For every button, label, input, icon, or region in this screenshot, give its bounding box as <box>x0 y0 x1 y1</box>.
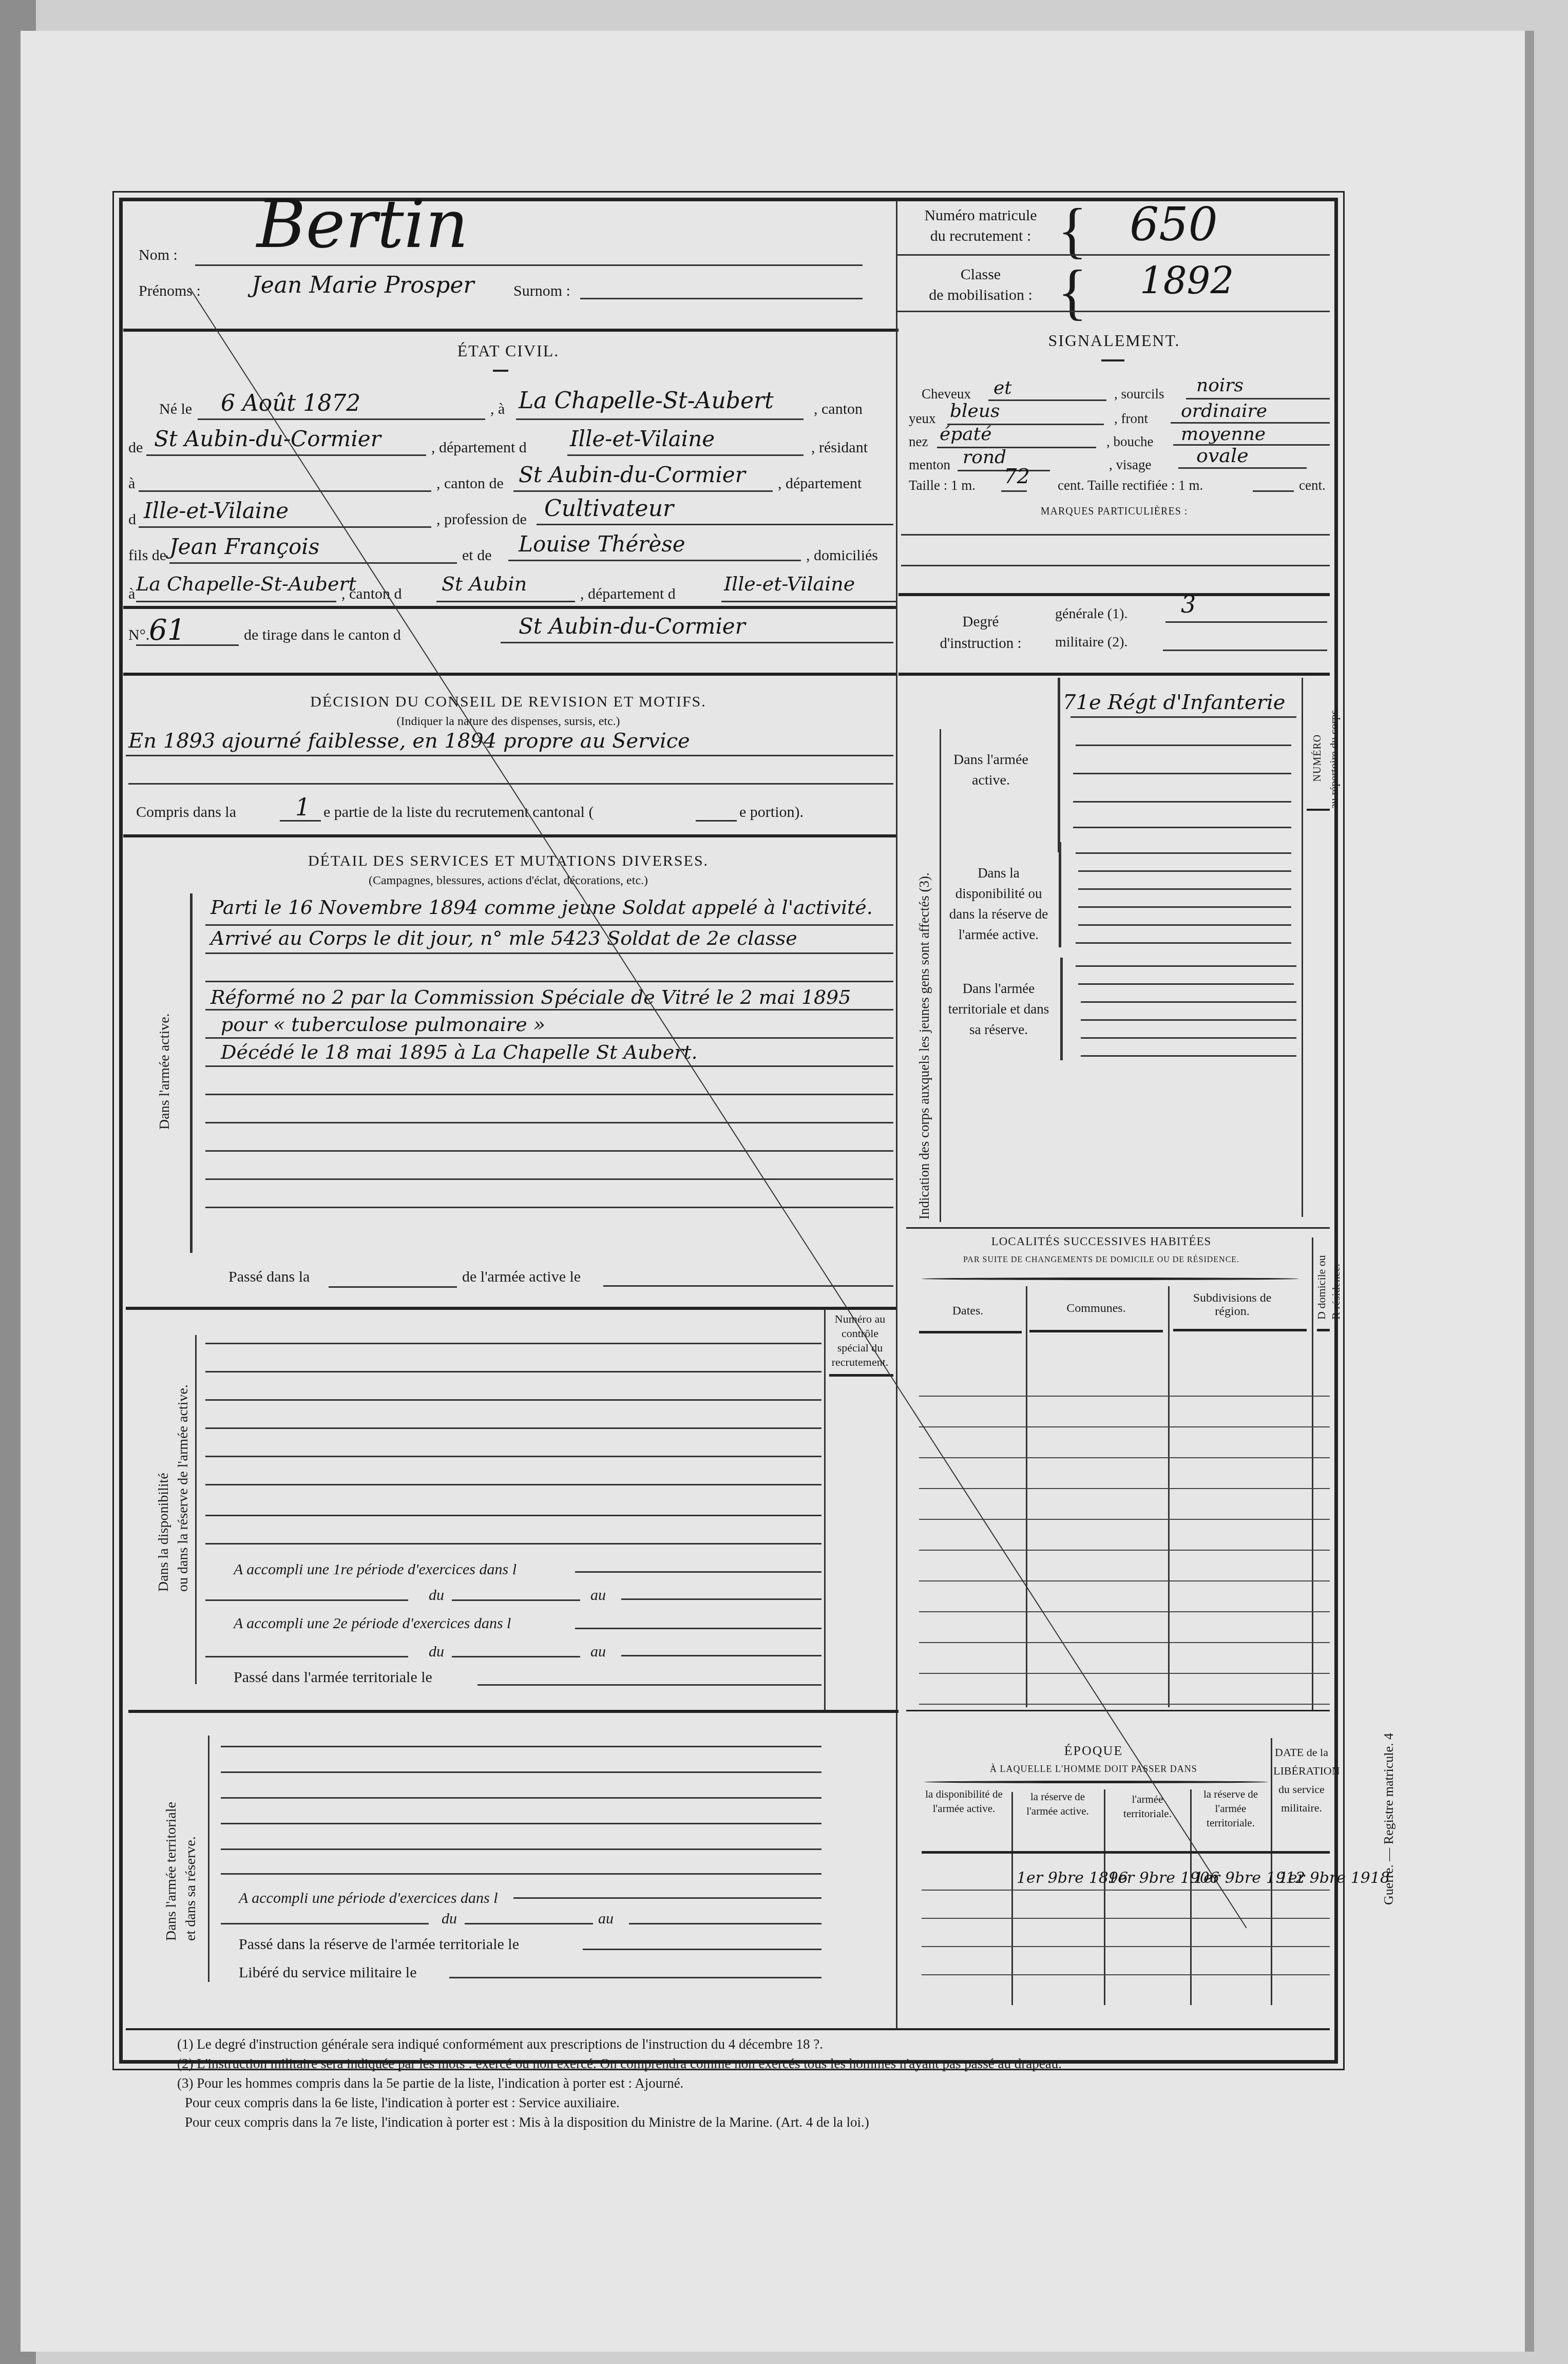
dispo-rule <box>205 1515 821 1516</box>
domicile-a-label: à <box>128 585 135 603</box>
nez-line <box>937 447 1096 448</box>
canton-de-line <box>513 490 773 492</box>
compris-label-3: e portion). <box>739 804 804 821</box>
instruction-label-2: d'instruction : <box>914 633 1047 654</box>
libere-label: Libéré du service militaire le <box>239 1964 417 1981</box>
epoque-brace <box>924 1781 1268 1783</box>
periode2-line <box>575 1628 821 1629</box>
domicilies-label: , domiciliés <box>806 547 878 564</box>
epoque-col-territoriale-label: l'armée territoriale. <box>1106 1792 1189 1821</box>
domicile-a-line <box>136 601 336 602</box>
instruction-generale-line <box>1165 621 1327 623</box>
canton-de-label: , canton de <box>436 475 504 492</box>
dispo-rule <box>205 1456 821 1457</box>
service-rule <box>205 1037 893 1039</box>
profession-line <box>537 524 893 525</box>
corps-rule <box>906 1227 1330 1229</box>
portion-line <box>696 820 737 822</box>
dispo-rule <box>205 1399 821 1401</box>
terr-rule <box>221 1746 821 1747</box>
tirage-canton-line <box>501 642 893 643</box>
departement-value: Ille-et-Vilaine <box>570 426 715 451</box>
service-rule <box>205 1009 893 1011</box>
periode1-du-line <box>452 1599 580 1601</box>
service-line: Arrivé au Corps le dit jour, n° mle 5423… <box>211 927 797 949</box>
fils-de-label: fils de <box>128 547 166 564</box>
bouche-value: moyenne <box>1181 424 1266 445</box>
localites-subtitle: PAR SUITE DE CHANGEMENTS DE DOMICILE OU … <box>909 1255 1294 1265</box>
numero-controle-label: Numéro au contrôle spécial du recrutemen… <box>827 1312 893 1369</box>
header-rule <box>123 329 898 332</box>
etat-civil-title: ÉTAT CIVIL. <box>123 341 893 360</box>
canton-de-value: St Aubin-du-Cormier <box>519 462 745 487</box>
compris-value: 1 <box>295 793 310 821</box>
ne-le-value: 6 Août 1872 <box>221 390 360 416</box>
de-label: de <box>128 439 143 456</box>
residant-a-line <box>139 490 431 492</box>
dispo-section-rule <box>128 1710 898 1713</box>
corps-territoriale-label: Dans l'armée territoriale et dans sa rés… <box>947 978 1050 1040</box>
matricule-rule <box>897 254 1330 256</box>
departement-label: , département d <box>431 439 527 456</box>
service-rule <box>205 1065 893 1067</box>
classe-label-1: Classe <box>906 264 1055 285</box>
signalement-dash <box>1101 359 1124 361</box>
prenoms-value: Jean Marie Prosper <box>252 272 474 298</box>
nez-label: nez <box>909 434 928 450</box>
localites-title: LOCALITÉS SUCCESSIVES HABITÉES <box>909 1235 1294 1248</box>
visage-label: , visage <box>1109 457 1151 473</box>
passe-active-label-2: de l'armée active le <box>462 1268 581 1286</box>
departement2-d-label: d <box>128 511 136 528</box>
decision-line-2 <box>128 783 893 785</box>
liberation-value: 1er 9bre 1918 <box>1278 1869 1390 1887</box>
residant-label: , résidant <box>811 439 868 456</box>
services-rule <box>126 1307 896 1310</box>
signalement-title: SIGNALEMENT. <box>898 331 1330 350</box>
domicile-dept-label: , département d <box>580 585 676 603</box>
passe-active-line-2 <box>603 1285 893 1287</box>
terr-periode-line <box>513 1897 821 1899</box>
disponibilite-side-label-2: ou dans la réserve de l'armée active. <box>174 1384 193 1592</box>
services-title: DÉTAIL DES SERVICES ET MUTATIONS DIVERSE… <box>123 852 893 870</box>
decision-rule <box>123 834 896 837</box>
periode1-line <box>575 1571 821 1573</box>
classe-label: Classe de mobilisation : <box>906 264 1055 306</box>
notes-rule <box>126 2028 1330 2030</box>
taille-line <box>1001 490 1027 492</box>
tirage-rule <box>123 673 896 676</box>
profession-label: , profession de <box>436 511 527 528</box>
corps-active-line <box>1076 745 1291 746</box>
terr-du-pre <box>221 1923 429 1924</box>
corps-active-line <box>1073 801 1291 803</box>
epoque-title: ÉPOQUE <box>919 1743 1268 1759</box>
corps-dispo-label: Dans la disponibilité ou dans la réserve… <box>945 863 1053 945</box>
footnote-2: (2) L'instruction militaire sera indiqué… <box>177 2054 1327 2073</box>
services-brace <box>190 893 193 1253</box>
canton-label: , canton <box>814 401 863 418</box>
service-rule <box>205 952 893 954</box>
dr-label-1: D domicile ou <box>1314 1255 1329 1320</box>
periode1-label: A accompli une 1re période d'exercices d… <box>234 1561 517 1578</box>
periode2-du-pre <box>205 1656 408 1657</box>
passe-reserve-line <box>583 1949 821 1950</box>
cheveux-label: Cheveux <box>922 386 971 402</box>
title-dash <box>493 370 508 372</box>
domicile-a-value: La Chapelle-St-Aubert <box>136 573 356 595</box>
corps-active-brace <box>1058 678 1060 852</box>
localites-rows <box>919 1366 1330 1705</box>
periode1-du: du <box>429 1587 444 1604</box>
yeux-value: bleus <box>950 401 1000 422</box>
corps-terr-line <box>1081 1019 1296 1021</box>
instruction-militaire-line <box>1163 650 1327 651</box>
localites-header-rule <box>1173 1329 1307 1331</box>
matricule-label-2: du recrutement : <box>906 226 1055 246</box>
departement-line <box>567 454 804 456</box>
passe-territoriale-line <box>477 1684 821 1686</box>
matricule-value: 650 <box>1130 198 1218 252</box>
territoriale-brace <box>208 1736 209 1982</box>
instruction-label-1: Degré <box>914 611 1047 633</box>
territoriale-side-label: Dans l'armée territoriale et dans sa rés… <box>162 1802 201 1941</box>
tirage-no-value: 61 <box>149 614 185 647</box>
terr-rule <box>221 1771 821 1773</box>
localites-header-rule <box>1317 1329 1330 1331</box>
terr-rule <box>221 1848 821 1850</box>
controle-rule <box>829 1374 893 1377</box>
marques-line-2 <box>901 565 1330 566</box>
passe-territoriale-label: Passé dans l'armée territoriale le <box>234 1669 432 1686</box>
localites-col-communes: Communes. <box>1027 1302 1165 1316</box>
terr-rule <box>221 1873 821 1875</box>
de-value: St Aubin-du-Cormier <box>154 426 381 451</box>
center-divider <box>896 200 897 2028</box>
tirage-canton-value: St Aubin-du-Cormier <box>519 614 745 639</box>
bouche-label: , bouche <box>1106 434 1153 450</box>
periode1-du-pre <box>205 1599 408 1601</box>
taille-rect-line <box>1253 490 1294 492</box>
decision-subtitle: (Indiquer la nature des dispenses, sursi… <box>123 715 893 729</box>
periode2-du-line <box>452 1656 580 1657</box>
taille-value: 72 <box>1004 465 1030 488</box>
numero-repertoire-label: NUMÉRO au répertoire du corps. <box>1309 707 1342 809</box>
passe-active-label-1: Passé dans la <box>228 1268 310 1286</box>
cheveux-line <box>988 399 1106 401</box>
corps-terr-line <box>1081 1055 1296 1057</box>
territoriale-side-label-1: Dans l'armée territoriale <box>162 1802 181 1941</box>
terr-du: du <box>442 1910 457 1928</box>
ne-le-line <box>198 418 485 420</box>
epoque-header-rule <box>922 1851 1330 1854</box>
sourcils-value: noirs <box>1196 375 1244 396</box>
corps-side-label: Indication des corps auxquels les jeunes… <box>916 872 932 1219</box>
localites-rule <box>906 1710 1330 1711</box>
terr-du-line <box>465 1923 593 1924</box>
service-rule <box>205 1094 893 1095</box>
nom-line <box>195 264 863 266</box>
departement2-label: , département <box>778 475 862 492</box>
service-line: Parti le 16 Novembre 1894 comme jeune So… <box>211 896 873 919</box>
de-line <box>146 454 426 456</box>
etat-civil-rule <box>123 606 896 609</box>
corps-terr-line <box>1078 983 1294 985</box>
numero-repertoire-1: NUMÉRO <box>1309 707 1326 809</box>
corps-dispo-line <box>1076 852 1291 854</box>
repertoire-rule <box>1307 809 1330 811</box>
corps-terr-line <box>1081 1037 1296 1039</box>
dispo-rule <box>205 1371 821 1372</box>
corps-terr-line <box>1081 1001 1296 1003</box>
sourcils-line <box>1186 398 1330 399</box>
corps-active-value: 71e Régt d'Infanterie <box>1063 691 1285 714</box>
terr-au: au <box>598 1910 614 1928</box>
controle-divider <box>824 1309 826 1710</box>
localites-col-subdivisions: Subdivisions de région. <box>1176 1291 1289 1318</box>
compris-label-1: Compris dans la <box>136 804 236 821</box>
tirage-label: de tirage dans le canton d <box>244 626 401 644</box>
classe-label-2: de mobilisation : <box>906 285 1055 306</box>
instruction-rule <box>898 673 1330 676</box>
tirage-no-line <box>136 644 239 646</box>
menton-value: rond <box>963 447 1006 468</box>
service-rule <box>205 1122 893 1123</box>
compris-label-2: e partie de la liste du recrutement cant… <box>323 804 594 821</box>
localites-dr-label: D domicile ou R résidence. <box>1314 1255 1343 1320</box>
services-subtitle: (Campagnes, blessures, actions d'éclat, … <box>123 874 893 888</box>
dispo-rule <box>205 1484 821 1485</box>
dr-label-2: R résidence. <box>1329 1255 1343 1320</box>
service-line: Réformé no 2 par la Commission Spéciale … <box>211 986 851 1008</box>
terr-au-line <box>629 1923 821 1924</box>
disponibilite-side-label: Dans la disponibilité ou dans la réserve… <box>154 1384 193 1592</box>
service-line: Décédé le 18 mai 1895 à La Chapelle St A… <box>221 1041 698 1063</box>
dispo-rule <box>205 1343 821 1344</box>
localites-col-dates: Dates. <box>914 1304 1022 1318</box>
footnote-3b: Pour ceux compris dans la 6e liste, l'in… <box>177 2093 1327 2112</box>
front-label: , front <box>1114 411 1148 427</box>
service-rule <box>205 1178 893 1180</box>
corps-active-label: Dans l'armée active. <box>940 750 1042 791</box>
instruction-generale-value: 3 <box>1181 590 1196 618</box>
classe-brace: { <box>1058 257 1087 328</box>
cent-label: cent. <box>1299 478 1326 493</box>
periode1-au-line <box>621 1598 821 1600</box>
disponibilite-side-label-1: Dans la disponibilité <box>154 1384 174 1592</box>
corps-active-line <box>1070 716 1296 718</box>
departement2-value: Ille-et-Vilaine <box>144 498 289 523</box>
nom-value: Bertin <box>257 185 468 263</box>
periode2-label: A accompli une 2e période d'exercices da… <box>234 1615 511 1632</box>
epoque-subtitle: À LAQUELLE L'HOMME DOIT PASSER DANS <box>919 1764 1268 1775</box>
cheveux-value: et <box>993 377 1012 398</box>
service-rule <box>205 1207 893 1208</box>
localites-brace <box>922 1278 1299 1280</box>
matricule-label-1: Numéro matricule <box>906 205 1055 226</box>
footnotes: (1) Le degré d'instruction générale sera… <box>177 2034 1327 2132</box>
libere-line <box>449 1977 821 1978</box>
terr-periode-label: A accompli une période d'exercices dans … <box>239 1890 498 1907</box>
localites-header-rule <box>1029 1330 1163 1332</box>
domicile-dept-value: Ille-et-Vilaine <box>724 573 855 595</box>
corps-terr-line <box>1076 965 1296 967</box>
surnom-label: Surnom : <box>513 282 570 300</box>
terr-rule <box>221 1797 821 1799</box>
classe-value: 1892 <box>1140 259 1234 302</box>
sourcils-label: , sourcils <box>1114 386 1164 402</box>
marques-line-1 <box>901 534 1330 536</box>
periode1-au: au <box>590 1587 606 1604</box>
ne-a-value: La Chapelle-St-Aubert <box>519 388 774 414</box>
service-rule <box>205 1150 893 1152</box>
signalement-rule <box>898 593 1330 596</box>
epoque-rows <box>922 1890 1330 2003</box>
numero-repertoire-2: au répertoire du corps. <box>1326 707 1342 809</box>
classe-rule <box>897 311 1330 312</box>
surnom-line <box>580 298 863 299</box>
corps-dispo-brace <box>1059 842 1061 947</box>
dispo-rule <box>205 1427 821 1429</box>
fils-de-line <box>169 562 457 564</box>
decision-title: DÉCISION DU CONSEIL DE REVISION ET MOTIF… <box>123 693 893 711</box>
instruction-label: Degré d'instruction : <box>914 611 1047 654</box>
menton-label: menton <box>909 457 950 473</box>
domicile-dept-line <box>721 601 896 602</box>
footnote-1: (1) Le degré d'instruction générale sera… <box>177 2034 1327 2054</box>
passe-active-line-1 <box>329 1286 457 1288</box>
visage-line <box>1178 467 1307 469</box>
liberation-label: DATE de la LIBÉRATION du service militai… <box>1273 1743 1330 1817</box>
corps-dispo-line <box>1076 942 1291 944</box>
periode2-au: au <box>590 1643 606 1661</box>
matricule-label: Numéro matricule du recrutement : <box>906 205 1055 246</box>
epoque-col-reserve-active-label: la réserve de l'armée active. <box>1014 1789 1101 1818</box>
compris-line <box>280 820 321 822</box>
taille-cent-label: cent. Taille rectifiée : 1 m. <box>1058 478 1203 493</box>
footnote-3: (3) Pour les hommes compris dans la 5e p… <box>177 2073 1327 2093</box>
corps-dispo-line <box>1078 888 1291 890</box>
visage-value: ovale <box>1196 444 1249 467</box>
corps-dispo-line <box>1078 870 1291 872</box>
departement2-line <box>139 526 431 528</box>
profession-value: Cultivateur <box>544 495 674 522</box>
dispo-rule <box>205 1543 821 1545</box>
corps-active-line <box>1073 827 1291 828</box>
corps-active-line <box>1073 773 1291 774</box>
et-de-label: et de <box>462 547 491 564</box>
corps-dispo-line <box>1078 924 1291 926</box>
service-rule <box>205 981 893 982</box>
taille-label: Taille : 1 m. <box>909 478 976 493</box>
epoque-col-reserve-terr-label: la réserve de l'armée territoriale. <box>1192 1787 1269 1830</box>
terr-rule <box>221 1823 821 1824</box>
epoque-col-dispo-label: la disponibilité de l'armée active. <box>919 1787 1009 1816</box>
decision-line-1 <box>126 755 893 756</box>
et-de-value: Louise Thérèse <box>519 531 685 557</box>
et-de-line <box>508 560 801 561</box>
instruction-generale-label: générale (1). <box>1055 606 1127 622</box>
localites-header-rule <box>919 1331 1022 1333</box>
ne-a-line <box>516 418 804 420</box>
instruction-militaire-label: militaire (2). <box>1055 634 1128 651</box>
service-line: pour « tuberculose pulmonaire » <box>221 1013 545 1036</box>
decision-value: En 1893 ajourné faiblesse, en 1894 propr… <box>128 729 690 753</box>
domicile-canton-value: St Aubin <box>442 573 527 595</box>
numero-repertoire-divider <box>1302 678 1303 1217</box>
nez-value: épaté <box>940 424 992 445</box>
ne-a-label: , à <box>490 401 505 418</box>
passe-reserve-label: Passé dans la réserve de l'armée territo… <box>239 1936 519 1953</box>
domicile-canton-label: , canton d <box>341 585 401 603</box>
nom-label: Nom : <box>139 246 178 264</box>
footnote-3c: Pour ceux compris dans la 7e liste, l'in… <box>177 2112 1327 2132</box>
residant-a-label: à <box>128 475 135 492</box>
periode2-au-line <box>621 1655 821 1656</box>
margin-imprint: Guerre. — Registre matricule. 4 <box>1381 1733 1397 1905</box>
front-value: ordinaire <box>1181 401 1267 422</box>
service-rule <box>205 924 893 926</box>
marques-title: MARQUES PARTICULIÈRES : <box>898 506 1330 518</box>
disponibilite-brace <box>195 1335 197 1684</box>
domicile-canton-line <box>436 601 575 602</box>
yeux-label: yeux <box>909 411 935 427</box>
tirage-no-label: N°. <box>128 626 149 644</box>
services-side-label: Dans l'armée active. <box>157 1013 173 1130</box>
corps-brace <box>940 729 941 1222</box>
corps-dispo-line <box>1078 906 1291 908</box>
corps-territoriale-brace <box>1060 958 1063 1060</box>
fils-de-value: Jean François <box>169 534 319 559</box>
territoriale-side-label-2: et dans sa réserve. <box>181 1802 201 1941</box>
ne-le-label: Né le <box>159 401 192 418</box>
periode2-du: du <box>429 1643 444 1661</box>
